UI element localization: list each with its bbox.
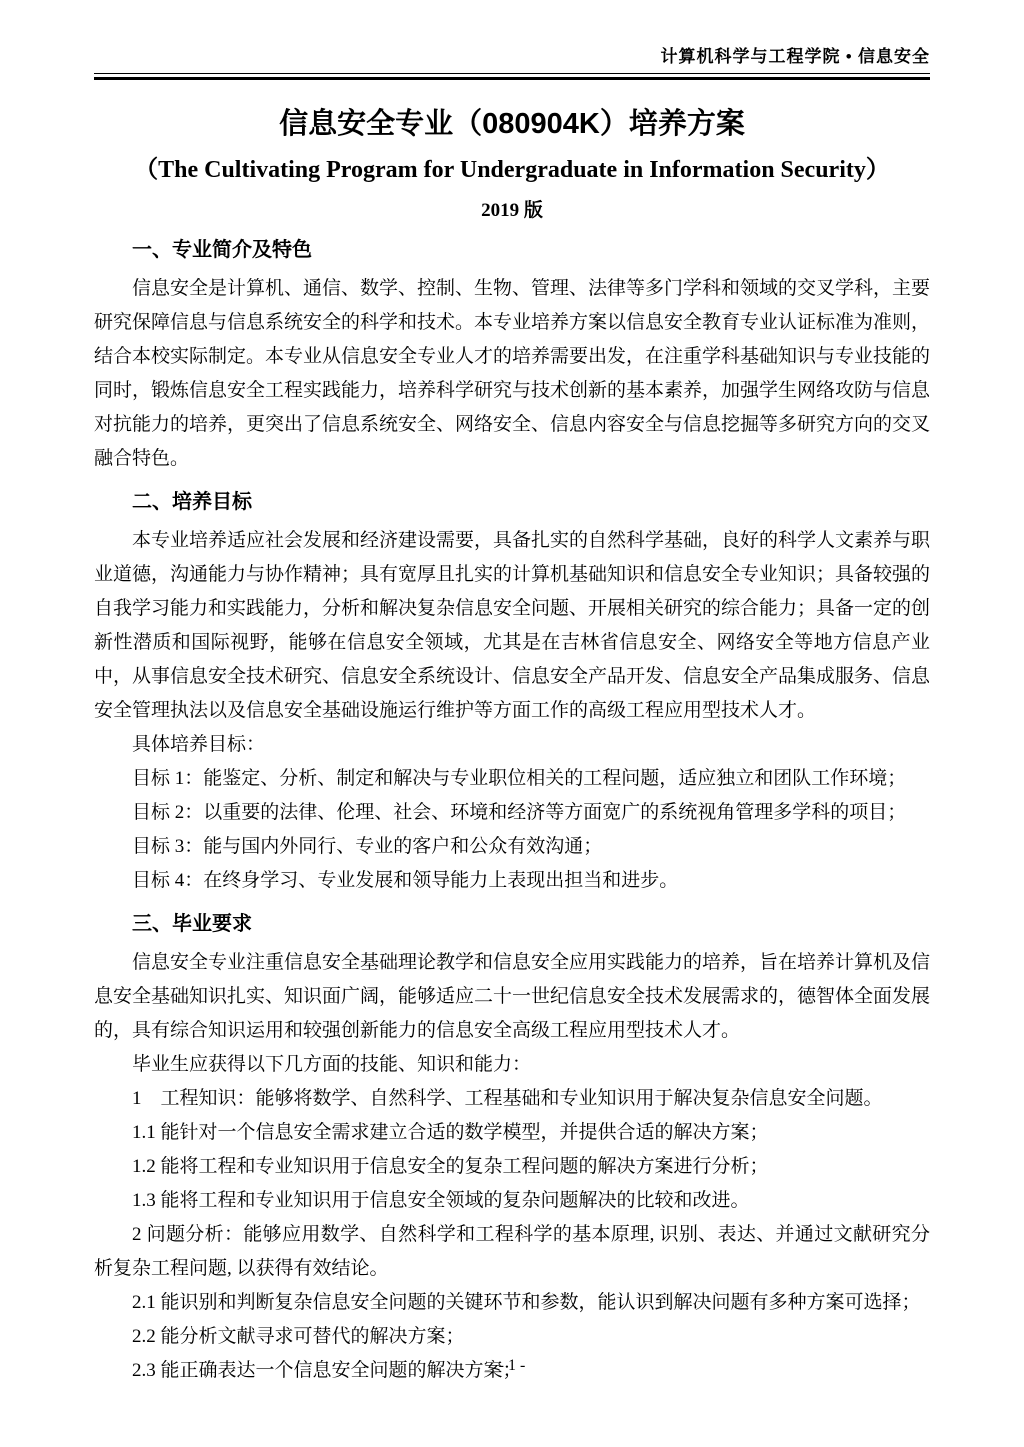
section-heading-1: 一、专业简介及特色: [94, 236, 930, 264]
requirement-item-2: 2 问题分析：能够应用数学、自然科学和工程科学的基本原理, 识别、表达、并通过文…: [94, 1218, 930, 1286]
document-page: 计算机科学与工程学院 • 信息安全 信息安全专业（080904K）培养方案 （T…: [0, 0, 1024, 1447]
running-header: 计算机科学与工程学院 • 信息安全: [94, 46, 930, 68]
requirement-item-1-2: 1.2 能将工程和专业知识用于信息安全的复杂工程问题的解决方案进行分析；: [94, 1150, 930, 1184]
header-rule: [94, 73, 930, 80]
section2-paragraph-1: 本专业培养适应社会发展和经济建设需要，具备扎实的自然科学基础，良好的科学人文素养…: [94, 524, 930, 728]
section-heading-3: 三、毕业要求: [94, 910, 930, 938]
requirement-item-2-1: 2.1 能识别和判断复杂信息安全问题的关键环节和参数，能认识到解决问题有多种方案…: [94, 1286, 930, 1320]
document-version: 2019 版: [94, 198, 930, 224]
document-title: 信息安全专业（080904K）培养方案: [94, 104, 930, 144]
requirement-item-1-1: 1.1 能针对一个信息安全需求建立合适的数学模型，并提供合适的解决方案；: [94, 1116, 930, 1150]
goal-item-4: 目标 4：在终身学习、专业发展和领导能力上表现出担当和进步。: [94, 864, 930, 898]
requirement-item-1: 1 工程知识：能够将数学、自然科学、工程基础和专业知识用于解决复杂信息安全问题。: [94, 1082, 930, 1116]
goal-item-2: 目标 2：以重要的法律、伦理、社会、环境和经济等方面宽广的系统视角管理多学科的项…: [94, 796, 930, 830]
section3-skills-label: 毕业生应获得以下几方面的技能、知识和能力：: [94, 1048, 930, 1082]
section2-goals-label: 具体培养目标：: [94, 728, 930, 762]
requirement-item-2-2: 2.2 能分析文献寻求可替代的解决方案；: [94, 1320, 930, 1354]
section3-paragraph-1: 信息安全专业注重信息安全基础理论教学和信息安全应用实践能力的培养，旨在培养计算机…: [94, 946, 930, 1048]
section1-paragraph-1: 信息安全是计算机、通信、数学、控制、生物、管理、法律等多门学科和领域的交叉学科，…: [94, 272, 930, 476]
goal-item-1: 目标 1：能鉴定、分析、制定和解决与专业职位相关的工程问题，适应独立和团队工作环…: [94, 762, 930, 796]
section-heading-2: 二、培养目标: [94, 488, 930, 516]
document-title-english: （The Cultivating Program for Undergradua…: [94, 152, 930, 188]
requirement-item-1-3: 1.3 能将工程和专业知识用于信息安全领域的复杂问题解决的比较和改进。: [94, 1184, 930, 1218]
goal-item-3: 目标 3：能与国内外同行、专业的客户和公众有效沟通；: [94, 830, 930, 864]
page-number: - 1 -: [0, 1355, 1024, 1377]
document-content: 计算机科学与工程学院 • 信息安全 信息安全专业（080904K）培养方案 （T…: [0, 46, 1024, 1388]
